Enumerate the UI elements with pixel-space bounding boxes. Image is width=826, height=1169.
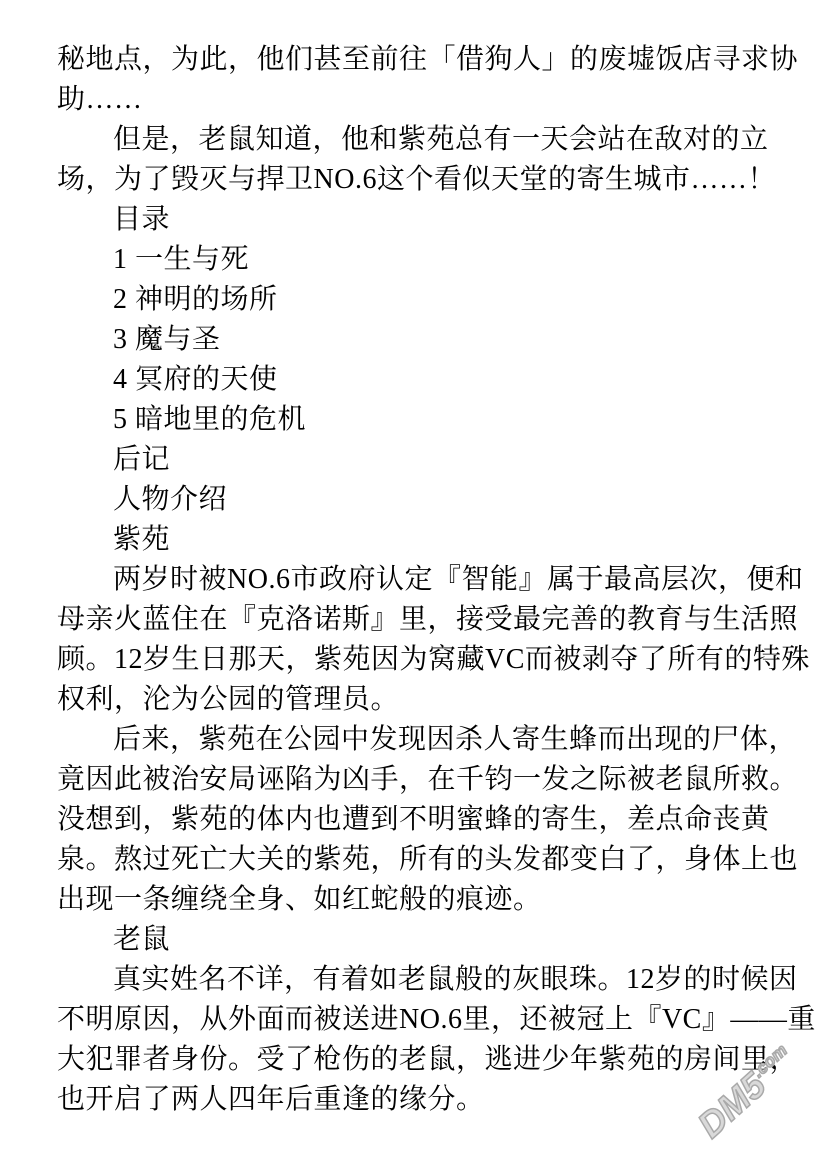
text-line: 权利，沦为公园的管理员。 [57,680,771,720]
text-line: 后记 [57,440,771,480]
text-line: 后来，紫苑在公园中发现因杀人寄生蜂而出现的尸体， [57,720,771,760]
text-line: 竟因此被治安局诬陷为凶手，在千钧一发之际被老鼠所救。 [57,760,771,800]
text-line: 5 暗地里的危机 [57,400,771,440]
text-line: 真实姓名不详，有着如老鼠般的灰眼珠。12岁的时候因 [57,960,771,1000]
text-line: 场，为了毁灭与捍卫NO.6这个看似天堂的寄生城市……！ [57,160,771,200]
text-line: 出现一条缠绕全身、如红蛇般的痕迹。 [57,880,771,920]
text-line: 但是，老鼠知道，他和紫苑总有一天会站在敌对的立 [57,120,771,160]
document-page: 秘地点，为此，他们甚至前往「借狗人」的废墟饭店寻求协助……但是，老鼠知道，他和紫… [0,0,826,1169]
text-block: 秘地点，为此，他们甚至前往「借狗人」的废墟饭店寻求协助……但是，老鼠知道，他和紫… [57,40,771,1120]
text-line: 3 魔与圣 [57,320,771,360]
text-line: 顾。12岁生日那天，紫苑因为窝藏VC而被剥夺了所有的特殊 [57,640,771,680]
text-line: 也开启了两人四年后重逢的缘分。 [57,1080,771,1120]
text-line: 没想到，紫苑的体内也遭到不明蜜蜂的寄生，差点命丧黄 [57,800,771,840]
text-line: 助…… [57,80,771,120]
text-line: 老鼠 [57,920,771,960]
text-line: 两岁时被NO.6市政府认定『智能』属于最高层次，便和 [57,560,771,600]
text-line: 泉。熬过死亡大关的紫苑，所有的头发都变白了，身体上也 [57,840,771,880]
text-line: 人物介绍 [57,480,771,520]
text-line: 母亲火蓝住在『克洛诺斯』里，接受最完善的教育与生活照 [57,600,771,640]
text-line: 紫苑 [57,520,771,560]
text-line: 大犯罪者身份。受了枪伤的老鼠，逃进少年紫苑的房间里， [57,1040,771,1080]
text-line: 秘地点，为此，他们甚至前往「借狗人」的废墟饭店寻求协 [57,40,771,80]
text-line: 不明原因，从外面而被送进NO.6里，还被冠上『VC』——重 [57,1000,771,1040]
text-line: 1 一生与死 [57,240,771,280]
text-line: 目录 [57,200,771,240]
text-line: 2 神明的场所 [57,280,771,320]
text-line: 4 冥府的天使 [57,360,771,400]
